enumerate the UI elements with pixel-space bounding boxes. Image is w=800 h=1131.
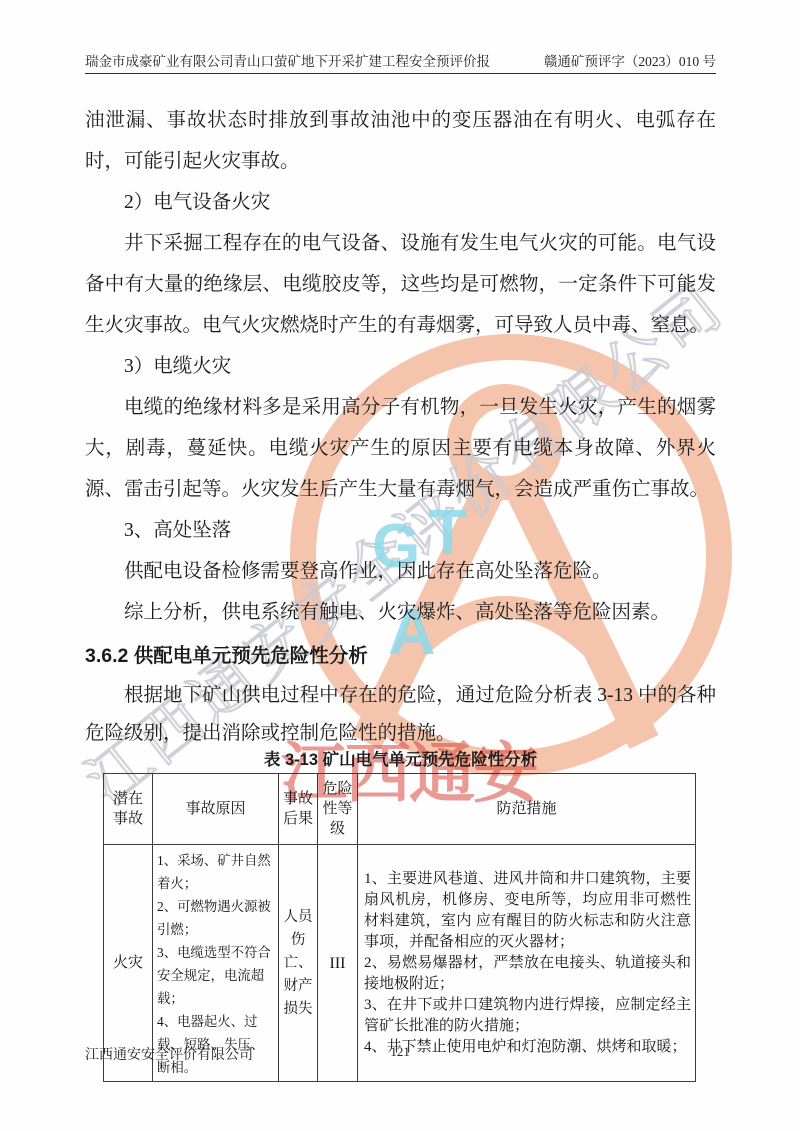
col-header-accident-consequence: 事故后果 xyxy=(279,774,318,845)
paragraph: 根据地下矿山供电过程中存在的危险，通过危险分析表 3-13 中的各种危险级别，提… xyxy=(85,677,716,753)
page-content: 瑞金市成豪矿业有限公司青山口萤矿地下开采扩建工程安全预评价报 赣通矿预评字（20… xyxy=(0,0,800,1131)
page-footer: 江西通安安全评价有限公司 121 xyxy=(85,1044,716,1064)
paragraph: 2）电气设备火灾 xyxy=(85,182,716,223)
col-header-accident-cause: 事故原因 xyxy=(153,774,279,845)
cause-item: 3、电缆选型不符合安全规定，电流超载； xyxy=(157,941,276,1010)
measure-item: 2、易燃易爆器材，严禁放在电接头、轨道接头和接地极附近； xyxy=(364,953,691,995)
page-number: 121 xyxy=(390,1044,410,1060)
paragraph: 电缆的绝缘材料多是采用高分子有机物，一旦发生火灾，产生的烟雾大，剧毒，蔓延快。电… xyxy=(85,387,716,510)
measure-item: 1、主要进风巷道、进风井筒和井口建筑物，主要扇风机房，机修房、变电所等，均应用非… xyxy=(364,869,691,953)
header-doc-number: 赣通矿预评字（2023）010 号 xyxy=(544,50,716,70)
cause-item: 2、可燃物遇火源被引燃； xyxy=(157,895,276,941)
table-header-row: 潜在事故 事故原因 事故后果 危险性等级 防范措施 xyxy=(104,774,696,845)
paragraph: 井下采掘工程存在的电气设备、设施有发生电气火灾的可能。电气设备中有大量的绝缘层、… xyxy=(85,223,716,346)
col-header-potential-accident: 潜在事故 xyxy=(104,774,153,845)
paragraph: 综上分析，供电系统有触电、火灾爆炸、高处坠落等危险因素。 xyxy=(85,592,716,633)
paragraph: 供配电设备检修需要登高作业，因此存在高处坠落危险。 xyxy=(85,551,716,592)
paragraph: 3、高处坠落 xyxy=(85,510,716,551)
page-header: 瑞金市成豪矿业有限公司青山口萤矿地下开采扩建工程安全预评价报 赣通矿预评字（20… xyxy=(85,50,716,70)
paragraph: 油泄漏、事故状态时排放到事故油池中的变压器油在有明火、电弧存在时，可能引起火灾事… xyxy=(85,100,716,182)
hazard-analysis-table: 潜在事故 事故原因 事故后果 危险性等级 防范措施 火灾 1、采场、矿井自然着火… xyxy=(103,773,696,1082)
paragraph: 3）电缆火灾 xyxy=(85,346,716,387)
section-heading: 3.6.2 供配电单元预先危险性分析 xyxy=(85,636,716,677)
header-report-title: 瑞金市成豪矿业有限公司青山口萤矿地下开采扩建工程安全预评价报 xyxy=(85,50,490,70)
header-divider xyxy=(85,73,716,74)
col-header-risk-level: 危险性等级 xyxy=(318,774,358,845)
measure-item: 3、在井下或井口建筑物内进行焊接，应制定经主管矿长批准的防火措施； xyxy=(364,995,691,1037)
body-text: 油泄漏、事故状态时排放到事故油池中的变压器油在有明火、电弧存在时，可能引起火灾事… xyxy=(85,100,716,1082)
cause-item: 1、采场、矿井自然着火； xyxy=(157,849,276,895)
footer-company-name: 江西通安安全评价有限公司 xyxy=(85,1048,253,1063)
document-page: 江西通安安全评价有限公司 G T A 江西通安 瑞金市成豪矿业有限公司青山口萤矿… xyxy=(0,0,800,1131)
col-header-preventive-measures: 防范措施 xyxy=(358,774,696,845)
